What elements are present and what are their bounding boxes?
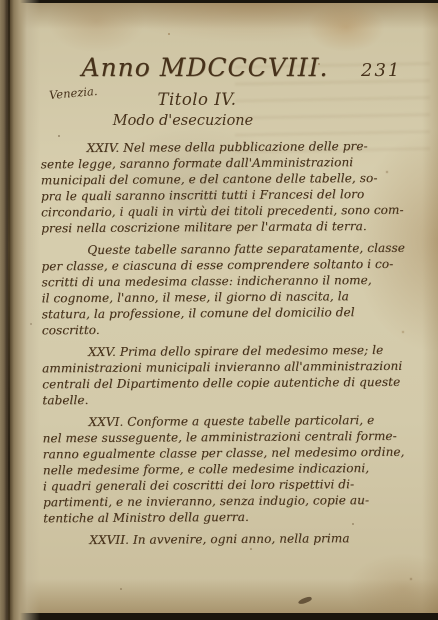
text-line: tentiche al Ministro della guerra. [43,508,425,527]
text-line: coscritto. [42,320,424,339]
text-line: XXIV. Nel mese della pubblicazione delle… [41,138,423,157]
paragraph: XXV. Prima dello spirare del medesimo me… [42,342,424,409]
manuscript-page: Anno MDCCCVIII. 231 Venezia. Titolo IV. … [0,3,438,613]
text-line: centrali del Dipartimento delle copie au… [42,374,424,393]
text-line: tabelle. [42,390,424,409]
text-line: partimenti, e ne invieranno, senza indug… [43,492,425,511]
text-line: presi nella coscrizione militare per l'a… [41,218,423,237]
section-subtitle: Modo d'esecuzione [0,113,402,129]
paragraph: XXVI. Conforme a queste tabelle particol… [42,412,425,527]
binding-crease [8,0,10,620]
text-line: nelle medesime forme, e colle medesime i… [43,460,425,479]
ink-blot [298,596,313,605]
section-title: Titolo IV. [0,90,416,109]
page-number: 231 [361,60,401,81]
manuscript-body: XXIV. Nel mese della pubblicazione delle… [41,138,426,555]
text-line: XXVII. In avvenire, ogni anno, nella pri… [43,530,425,549]
paragraph: Queste tabelle saranno fatte separatamen… [41,240,424,339]
text-line: scritti di una medesima classe: indicher… [41,272,423,291]
manuscript-photo: Anno MDCCCVIII. 231 Venezia. Titolo IV. … [0,0,438,620]
paragraph: XXIV. Nel mese della pubblicazione delle… [41,138,424,237]
binding-gutter [0,0,40,620]
paragraph: XXVII. In avvenire, ogni anno, nella pri… [43,530,425,549]
text-line: municipali del comune, e del cantone del… [41,170,423,189]
